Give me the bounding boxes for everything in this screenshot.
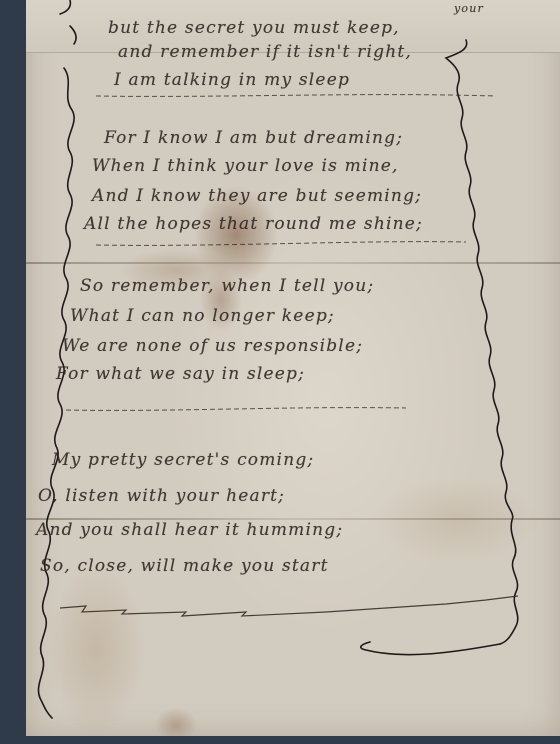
header-line-3: I am talking in my sleep <box>114 70 350 90</box>
stanza-2-line-4: For what we say in sleep; <box>56 364 305 384</box>
stanza-3-line-3: And you shall hear it humming; <box>36 520 343 540</box>
stanza-2-line-2: What I can no longer keep; <box>70 306 335 326</box>
interlinear-insertion: your <box>454 2 484 15</box>
stanza-3-line-1: My pretty secret's coming; <box>52 450 314 470</box>
stanza-2-line-1: So remember, when I tell you; <box>80 276 374 296</box>
header-line-1: but the secret you must keep, <box>108 18 400 38</box>
stanza-1-line-3: And I know they are but seeming; <box>92 186 422 206</box>
header-line-2: and remember if it isn't right, <box>118 42 412 62</box>
stanza-1-line-2: When I think your love is mine, <box>92 156 399 176</box>
manuscript-page: but the secret you must keep, your and r… <box>26 0 560 736</box>
stanza-3-line-4: So, close, will make you start <box>40 556 329 576</box>
stanza-1-line-1: For I know I am but dreaming; <box>104 128 403 148</box>
stanza-3-line-2: O, listen with your heart; <box>38 486 285 506</box>
stanza-2-line-3: We are none of us responsible; <box>62 336 363 356</box>
stanza-1-line-4: All the hopes that round me shine; <box>84 214 423 234</box>
